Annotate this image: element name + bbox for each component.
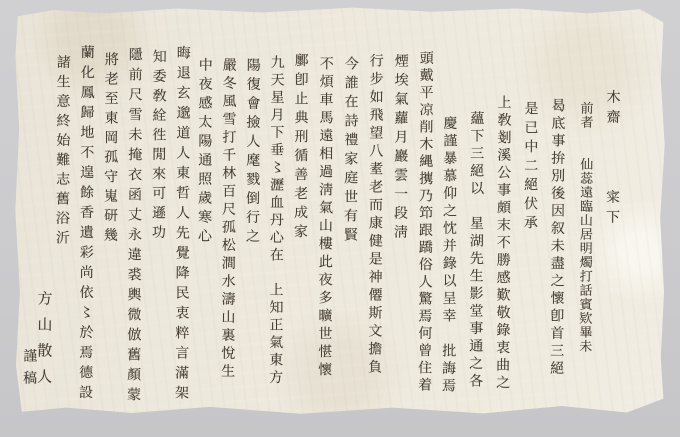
text-column: 九天星月下垂〻瀝血丹心在 上知正氣東方 <box>268 55 284 388</box>
text-column: 不煩車馬遠相過淸氣山樓此夜多曠世愖懷 <box>317 56 333 380</box>
text-column: 行步如飛望八耊老而康健是神僊斯文擔負 <box>367 53 383 377</box>
photo-background: 木齋 寀下前者 仙蕊遠臨山居明燭打話賓欵畢未曷底事拚別後因叙未盡之懷卽首三絕是已… <box>0 0 680 437</box>
text-column: 是已中二絕伏承 <box>523 101 538 234</box>
text-column: 鄽卽止典刑循善老成家 <box>293 53 308 243</box>
text-column: 木齋 寀下 <box>605 89 620 229</box>
manuscript-text: 木齋 寀下前者 仙蕊遠臨山居明燭打話賓欵畢未曷底事拚別後因叙未盡之懷卽首三絕是已… <box>13 4 667 416</box>
manuscript-paper: 木齋 寀下前者 仙蕊遠臨山居明燭打話賓欵畢未曷底事拚別後因叙未盡之懷卽首三絕是已… <box>14 6 666 415</box>
text-column: 隱前尺雪未掩衣函丈永違裘輿微倣舊顏蒙 <box>126 47 142 407</box>
text-column: 今誰在詩禮家庭世有賢 <box>343 56 358 246</box>
signature-name-column: 方山散人 <box>36 290 52 394</box>
text-column: 慶謹暴慕仰之忱并錄以呈幸 批誨焉 <box>441 116 456 396</box>
text-column: 將老至東岡孤守嵬研幾 <box>103 52 118 247</box>
text-column: 諸生意終始難志舊浴沂 <box>55 55 70 250</box>
text-column: 蘭化鳳歸地不遑餘香遺彩尚依〻於焉德設 <box>78 45 94 405</box>
text-column: 中夜感太陽通照歲寒心 <box>197 57 212 247</box>
text-column: 上敎剗溪公事頗末不勝感歎敬錄衷曲之 <box>495 95 511 393</box>
text-column: 晦退玄邈道人東哲人先覺降民衷粹言滿架 <box>174 45 190 405</box>
text-column: 曷底事拚別後因叙未盡之懷卽首三絕 <box>549 98 564 378</box>
text-column: 陽復會撿人麾戮倒行之 <box>245 58 260 248</box>
text-column: 煙埃氣蘿月巖雲一段淸 <box>393 53 408 243</box>
text-column: 頭戴平凉削木縄㩗乃笻跟蹻俗人驚焉何曾住着 <box>417 50 433 394</box>
text-column: 前者 仙蕊遠臨山居明燭打話賓欵畢未 <box>577 101 591 353</box>
text-column: 蘊下三絕以 星湖先生影堂事通之各 <box>468 111 483 391</box>
text-column: 嚴冬風雪打千林百尺孤松澗水濤山裏悅生 <box>220 57 236 381</box>
text-column: 知委敎絟徃閒來可遜功 <box>151 49 166 244</box>
signature-closing-column: 謹稿 <box>22 348 36 392</box>
